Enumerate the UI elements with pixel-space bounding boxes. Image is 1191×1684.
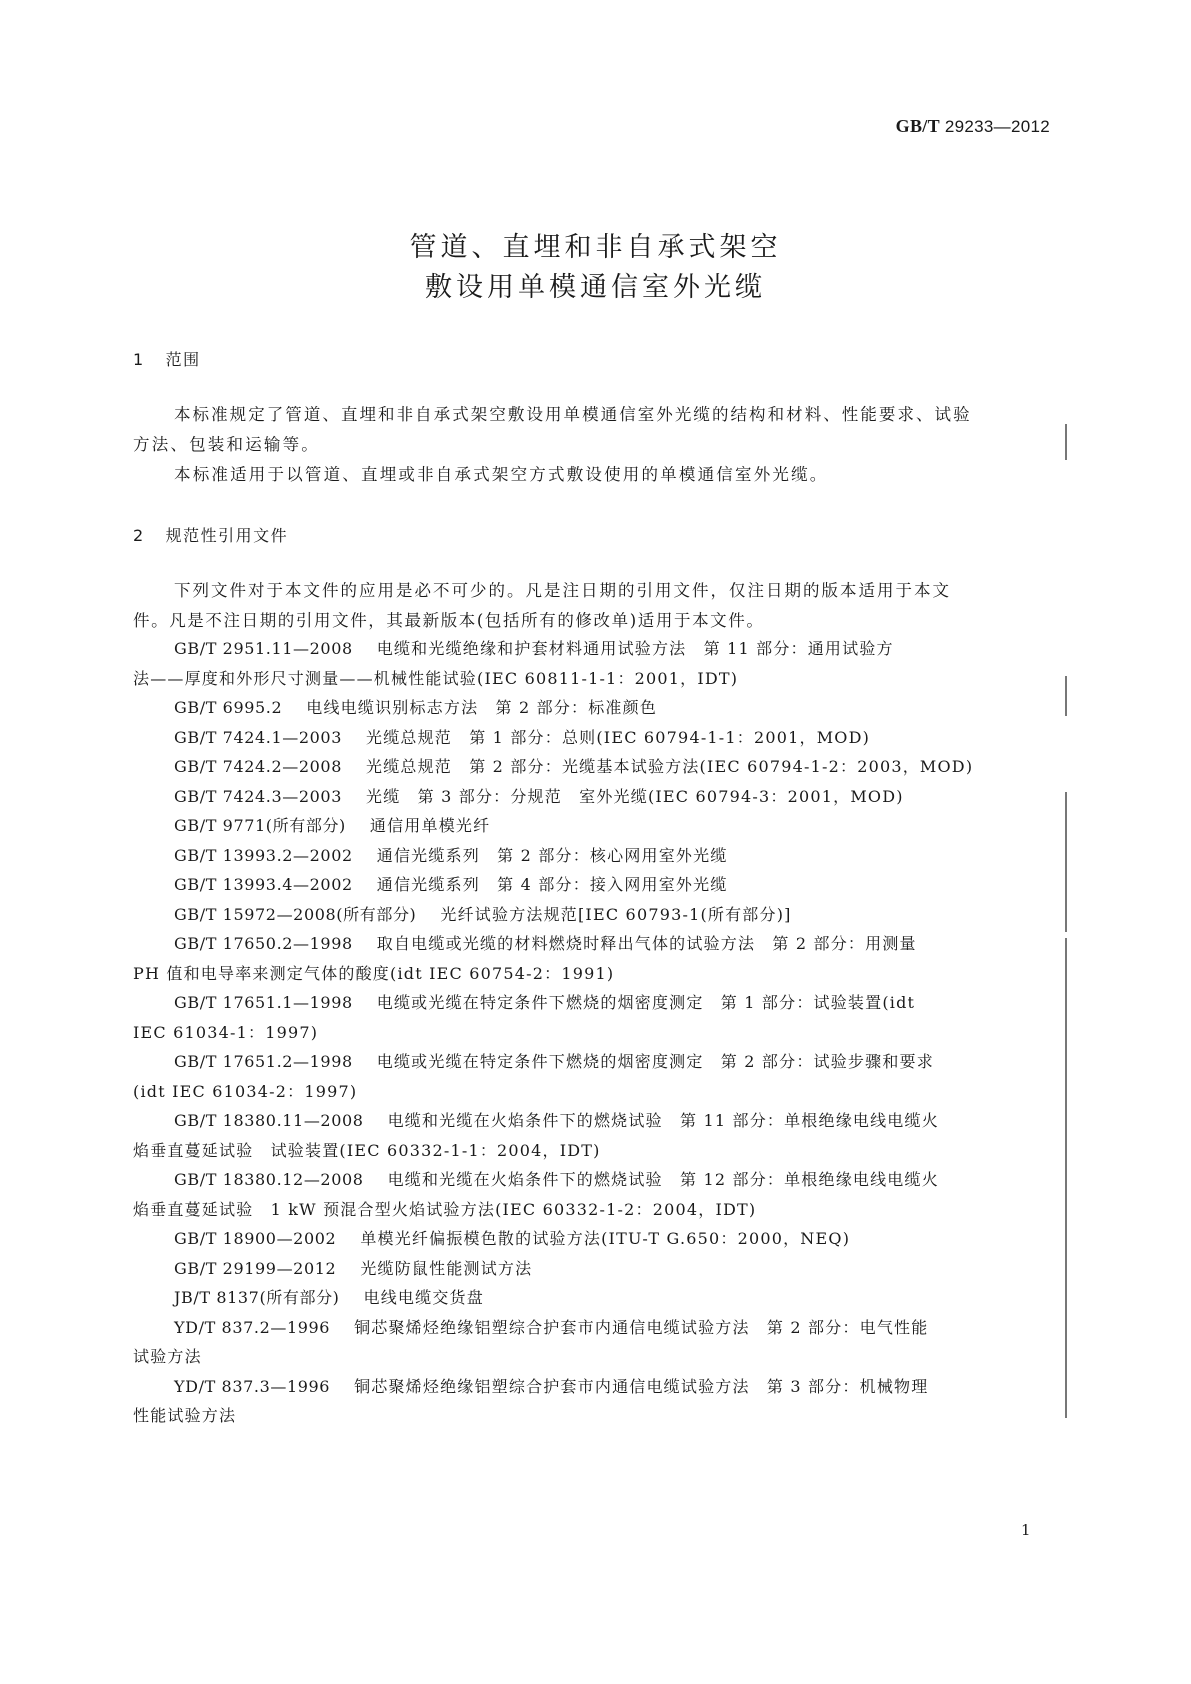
reference-code: GB/T 2951.11—2008 <box>174 639 353 658</box>
paragraph-line: 件。凡是不注日期的引用文件，其最新版本(包括所有的修改单)适用于本文件。 <box>133 606 1053 636</box>
paragraph-line: 下列文件对于本文件的应用是必不可少的。凡是注日期的引用文件，仅注日期的版本适用于… <box>133 576 1053 606</box>
reference-line: GB/T 7424.3—2003光缆 第 3 部分：分规范 室外光缆(IEC 6… <box>133 782 1053 812</box>
reference-line: GB/T 13993.4—2002通信光缆系列 第 4 部分：接入网用室外光缆 <box>133 870 1053 900</box>
reference-line: GB/T 9771(所有部分)通信用单模光纤 <box>133 811 1053 841</box>
reference-title: 通信光缆系列 第 4 部分：接入网用室外光缆 <box>377 875 728 894</box>
reference-item: GB/T 2951.11—2008电缆和光缆绝缘和护套材料通用试验方法 第 11… <box>133 634 1053 693</box>
reference-continuation: 试验方法 <box>133 1342 1053 1372</box>
reference-title: 光纤试验方法规范[IEC 60793-1(所有部分)] <box>440 905 791 924</box>
reference-continuation: 法——厚度和外形尺寸测量——机械性能试验(IEC 60811-1-1：2001，… <box>133 664 1053 694</box>
reference-code: GB/T 13993.2—2002 <box>174 846 353 865</box>
reference-title: 电缆或光缆在特定条件下燃烧的烟密度测定 第 1 部分：试验装置(idt <box>377 993 915 1012</box>
reference-item: YD/T 837.3—1996铜芯聚烯烃绝缘铝塑综合护套市内通信电缆试验方法 第… <box>133 1372 1053 1431</box>
reference-title: 电线电缆交货盘 <box>364 1288 484 1307</box>
reference-line: GB/T 17651.2—1998电缆或光缆在特定条件下燃烧的烟密度测定 第 2… <box>133 1047 1053 1077</box>
scope-paragraph-2: 本标准适用于以管道、直埋或非自承式架空方式敷设使用的单模通信室外光缆。 <box>133 460 1053 490</box>
reference-continuation: 性能试验方法 <box>133 1401 1053 1431</box>
reference-continuation: (idt IEC 61034-2：1997) <box>133 1077 1053 1107</box>
reference-item: GB/T 7424.2—2008光缆总规范 第 2 部分：光缆基本试验方法(IE… <box>133 752 1053 782</box>
reference-item: GB/T 18380.11—2008电缆和光缆在火焰条件下的燃烧试验 第 11 … <box>133 1106 1053 1165</box>
reference-code: GB/T 13993.4—2002 <box>174 875 353 894</box>
reference-line: YD/T 837.2—1996铜芯聚烯烃绝缘铝塑综合护套市内通信电缆试验方法 第… <box>133 1313 1053 1343</box>
reference-code: GB/T 6995.2 <box>174 698 282 717</box>
reference-title: 单模光纤偏振模色散的试验方法(ITU-T G.650：2000，NEQ) <box>360 1229 850 1248</box>
reference-code: YD/T 837.2—1996 <box>174 1318 330 1337</box>
reference-item: GB/T 6995.2电线电缆识别标志方法 第 2 部分：标准颜色 <box>133 693 1053 723</box>
reference-line: JB/T 8137(所有部分)电线电缆交货盘 <box>133 1283 1053 1313</box>
reference-line: GB/T 6995.2电线电缆识别标志方法 第 2 部分：标准颜色 <box>133 693 1053 723</box>
section-title: 范围 <box>166 350 201 369</box>
reference-line: GB/T 2951.11—2008电缆和光缆绝缘和护套材料通用试验方法 第 11… <box>133 634 1053 664</box>
reference-item: GB/T 9771(所有部分)通信用单模光纤 <box>133 811 1053 841</box>
reference-continuation: 焰垂直蔓延试验 试验装置(IEC 60332-1-1：2004，IDT) <box>133 1136 1053 1166</box>
change-bar <box>1065 424 1067 460</box>
reference-item: GB/T 15972—2008(所有部分)光纤试验方法规范[IEC 60793-… <box>133 900 1053 930</box>
reference-code: GB/T 29199—2012 <box>174 1259 336 1278</box>
reference-line: GB/T 7424.1—2003光缆总规范 第 1 部分：总则(IEC 6079… <box>133 723 1053 753</box>
reference-line: GB/T 17650.2—1998取自电缆或光缆的材料燃烧时释出气体的试验方法 … <box>133 929 1053 959</box>
reference-item: GB/T 17651.1—1998电缆或光缆在特定条件下燃烧的烟密度测定 第 1… <box>133 988 1053 1047</box>
section-number: 2 <box>133 526 159 545</box>
reference-line: GB/T 17651.1—1998电缆或光缆在特定条件下燃烧的烟密度测定 第 1… <box>133 988 1053 1018</box>
reference-line: GB/T 18380.11—2008电缆和光缆在火焰条件下的燃烧试验 第 11 … <box>133 1106 1053 1136</box>
reference-line: YD/T 837.3—1996铜芯聚烯烃绝缘铝塑综合护套市内通信电缆试验方法 第… <box>133 1372 1053 1402</box>
title-line-1: 管道、直埋和非自承式架空 <box>0 228 1191 268</box>
reference-title: 铜芯聚烯烃绝缘铝塑综合护套市内通信电缆试验方法 第 3 部分：机械物理 <box>354 1377 928 1396</box>
reference-code: GB/T 7424.1—2003 <box>174 728 342 747</box>
reference-title: 光缆 第 3 部分：分规范 室外光缆(IEC 60794-3：2001，MOD) <box>366 787 904 806</box>
reference-item: GB/T 13993.4—2002通信光缆系列 第 4 部分：接入网用室外光缆 <box>133 870 1053 900</box>
reference-continuation: PH 值和电导率来测定气体的酸度(idt IEC 60754-2：1991) <box>133 959 1053 989</box>
title-line-2: 敷设用单模通信室外光缆 <box>0 268 1191 308</box>
reference-title: 电缆或光缆在特定条件下燃烧的烟密度测定 第 2 部分：试验步骤和要求 <box>377 1052 934 1071</box>
reference-item: GB/T 18900—2002单模光纤偏振模色散的试验方法(ITU-T G.65… <box>133 1224 1053 1254</box>
reference-title: 通信用单模光纤 <box>370 816 490 835</box>
reference-title: 取自电缆或光缆的材料燃烧时释出气体的试验方法 第 2 部分：用测量 <box>377 934 917 953</box>
standard-number-header: GB/T 29233—2012 <box>896 116 1050 137</box>
reference-code: YD/T 837.3—1996 <box>174 1377 330 1396</box>
reference-item: YD/T 837.2—1996铜芯聚烯烃绝缘铝塑综合护套市内通信电缆试验方法 第… <box>133 1313 1053 1372</box>
reference-item: GB/T 17651.2—1998电缆或光缆在特定条件下燃烧的烟密度测定 第 2… <box>133 1047 1053 1106</box>
references-intro: 下列文件对于本文件的应用是必不可少的。凡是注日期的引用文件，仅注日期的版本适用于… <box>133 576 1053 635</box>
section-heading-scope: 1 范围 <box>133 347 201 370</box>
reference-code: GB/T 18380.11—2008 <box>174 1111 364 1130</box>
reference-code: GB/T 18380.12—2008 <box>174 1170 364 1189</box>
reference-list: GB/T 2951.11—2008电缆和光缆绝缘和护套材料通用试验方法 第 11… <box>133 634 1053 1431</box>
section-heading-normative-references: 2 规范性引用文件 <box>133 523 288 546</box>
reference-line: GB/T 18380.12—2008电缆和光缆在火焰条件下的燃烧试验 第 12 … <box>133 1165 1053 1195</box>
reference-title: 电缆和光缆在火焰条件下的燃烧试验 第 12 部分：单根绝缘电线电缆火 <box>388 1170 939 1189</box>
scope-paragraph-1: 本标准规定了管道、直埋和非自承式架空敷设用单模通信室外光缆的结构和材料、性能要求… <box>133 400 1053 459</box>
standard-number: 29233—2012 <box>945 117 1050 136</box>
reference-code: GB/T 17650.2—1998 <box>174 934 353 953</box>
reference-code: GB/T 7424.3—2003 <box>174 787 342 806</box>
reference-title: 铜芯聚烯烃绝缘铝塑综合护套市内通信电缆试验方法 第 2 部分：电气性能 <box>354 1318 928 1337</box>
reference-title: 光缆总规范 第 1 部分：总则(IEC 60794-1-1：2001，MOD) <box>366 728 870 747</box>
reference-continuation: 焰垂直蔓延试验 1 kW 预混合型火焰试验方法(IEC 60332-1-2：20… <box>133 1195 1053 1225</box>
reference-line: GB/T 29199—2012光缆防鼠性能测试方法 <box>133 1254 1053 1284</box>
reference-item: GB/T 29199—2012光缆防鼠性能测试方法 <box>133 1254 1053 1284</box>
reference-line: GB/T 7424.2—2008光缆总规范 第 2 部分：光缆基本试验方法(IE… <box>133 752 1053 782</box>
reference-code: JB/T 8137(所有部分) <box>174 1288 340 1307</box>
reference-item: GB/T 13993.2—2002通信光缆系列 第 2 部分：核心网用室外光缆 <box>133 841 1053 871</box>
reference-code: GB/T 17651.2—1998 <box>174 1052 353 1071</box>
paragraph-line: 本标准规定了管道、直埋和非自承式架空敷设用单模通信室外光缆的结构和材料、性能要求… <box>133 400 1053 430</box>
document-page: GB/T 29233—2012 管道、直埋和非自承式架空 敷设用单模通信室外光缆… <box>0 0 1191 1684</box>
standard-prefix: GB/T <box>896 116 940 136</box>
reference-item: GB/T 17650.2—1998取自电缆或光缆的材料燃烧时释出气体的试验方法 … <box>133 929 1053 988</box>
reference-title: 电线电缆识别标志方法 第 2 部分：标准颜色 <box>306 698 657 717</box>
reference-title: 光缆防鼠性能测试方法 <box>360 1259 532 1278</box>
reference-title: 电缆和光缆在火焰条件下的燃烧试验 第 11 部分：单根绝缘电线电缆火 <box>388 1111 939 1130</box>
document-title: 管道、直埋和非自承式架空 敷设用单模通信室外光缆 <box>0 228 1191 308</box>
reference-line: GB/T 13993.2—2002通信光缆系列 第 2 部分：核心网用室外光缆 <box>133 841 1053 871</box>
reference-code: GB/T 17651.1—1998 <box>174 993 353 1012</box>
change-bar <box>1065 792 1067 932</box>
reference-code: GB/T 18900—2002 <box>174 1229 336 1248</box>
reference-code: GB/T 15972—2008(所有部分) <box>174 905 416 924</box>
reference-item: JB/T 8137(所有部分)电线电缆交货盘 <box>133 1283 1053 1313</box>
reference-code: GB/T 9771(所有部分) <box>174 816 346 835</box>
reference-continuation: IEC 61034-1：1997) <box>133 1018 1053 1048</box>
reference-item: GB/T 7424.1—2003光缆总规范 第 1 部分：总则(IEC 6079… <box>133 723 1053 753</box>
reference-item: GB/T 7424.3—2003光缆 第 3 部分：分规范 室外光缆(IEC 6… <box>133 782 1053 812</box>
change-bar <box>1065 938 1067 1418</box>
reference-code: GB/T 7424.2—2008 <box>174 757 342 776</box>
reference-line: GB/T 15972—2008(所有部分)光纤试验方法规范[IEC 60793-… <box>133 900 1053 930</box>
paragraph-line: 方法、包装和运输等。 <box>133 430 1053 460</box>
reference-title: 光缆总规范 第 2 部分：光缆基本试验方法(IEC 60794-1-2：2003… <box>366 757 973 776</box>
page-number: 1 <box>1021 1521 1031 1539</box>
section-title: 规范性引用文件 <box>166 526 289 545</box>
reference-title: 电缆和光缆绝缘和护套材料通用试验方法 第 11 部分：通用试验方 <box>377 639 894 658</box>
reference-title: 通信光缆系列 第 2 部分：核心网用室外光缆 <box>377 846 728 865</box>
reference-line: GB/T 18900—2002单模光纤偏振模色散的试验方法(ITU-T G.65… <box>133 1224 1053 1254</box>
change-bar <box>1065 676 1067 716</box>
paragraph-line: 本标准适用于以管道、直埋或非自承式架空方式敷设使用的单模通信室外光缆。 <box>133 460 1053 490</box>
section-number: 1 <box>133 350 159 369</box>
reference-item: GB/T 18380.12—2008电缆和光缆在火焰条件下的燃烧试验 第 12 … <box>133 1165 1053 1224</box>
